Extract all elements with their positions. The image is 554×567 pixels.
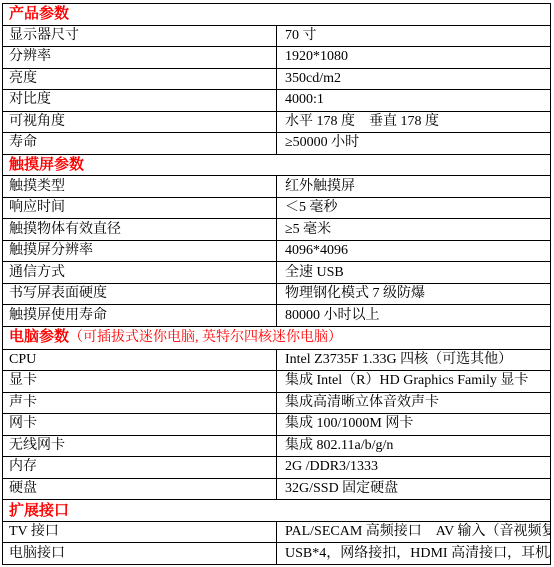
spec-row: 显示器尺寸70 寸: [3, 25, 551, 47]
spec-value: Intel Z3735F 1.33G 四核（可选其他）: [277, 349, 551, 371]
spec-label: 可视角度: [3, 111, 277, 133]
spec-value: 32G/SSD 固定硬盘: [277, 478, 551, 500]
section-title: 扩展接口: [9, 503, 69, 519]
section-header-row: 触摸屏参数: [3, 154, 551, 176]
spec-value: 集成 Intel（R）HD Graphics Family 显卡: [277, 371, 551, 393]
section-header-cell: 产品参数: [3, 4, 551, 26]
spec-label: 触摸屏使用寿命: [3, 305, 277, 327]
spec-value: 70 寸: [277, 25, 551, 47]
spec-label: CPU: [3, 349, 277, 371]
spec-label: 对比度: [3, 90, 277, 112]
spec-row: 寿命≥50000 小时: [3, 133, 551, 155]
spec-value: 集成 802.11a/b/g/n: [277, 435, 551, 457]
section-title-note: （可插拔式迷你电脑, 英特尔四核迷你电脑）: [69, 330, 342, 345]
section-title: 触摸屏参数: [9, 157, 84, 173]
spec-row: 触摸屏分辨率4096*4096: [3, 240, 551, 262]
spec-row: 显卡集成 Intel（R）HD Graphics Family 显卡: [3, 371, 551, 393]
section-header-cell: 电脑参数（可插拔式迷你电脑, 英特尔四核迷你电脑）: [3, 326, 551, 349]
spec-row: 触摸屏使用寿命80000 小时以上: [3, 305, 551, 327]
spec-label: 显卡: [3, 371, 277, 393]
spec-row: TV 接口PAL/SECAM 高频接口 AV 输入（音视频复合）: [3, 521, 551, 543]
section-header-row: 扩展接口: [3, 500, 551, 522]
spec-table: 产品参数显示器尺寸70 寸分辨率1920*1080亮度350cd/m2对比度40…: [2, 3, 551, 565]
spec-value: 集成高清晰立体音效声卡: [277, 392, 551, 414]
spec-row: 书写屏表面硬度物理钢化模式 7 级防爆: [3, 283, 551, 305]
spec-value: 集成 100/1000M 网卡: [277, 414, 551, 436]
spec-label: 书写屏表面硬度: [3, 283, 277, 305]
spec-value: 全速 USB: [277, 262, 551, 284]
section-header-row: 电脑参数（可插拔式迷你电脑, 英特尔四核迷你电脑）: [3, 326, 551, 349]
spec-label: 触摸物体有效直径: [3, 219, 277, 241]
spec-row: 电脑接口USB*4，网络接扣，HDMI 高清接口，耳机/麦克风接口: [3, 543, 551, 565]
spec-row: 触摸物体有效直径≥5 毫米: [3, 219, 551, 241]
spec-label: 寿命: [3, 133, 277, 155]
spec-row: 硬盘32G/SSD 固定硬盘: [3, 478, 551, 500]
spec-value: ≥50000 小时: [277, 133, 551, 155]
section-header-row: 产品参数: [3, 4, 551, 26]
spec-row: 可视角度水平 178 度 垂直 178 度: [3, 111, 551, 133]
spec-value: 2G /DDR3/1333: [277, 457, 551, 479]
spec-value: 350cd/m2: [277, 68, 551, 90]
spec-row: 声卡集成高清晰立体音效声卡: [3, 392, 551, 414]
spec-sheet-page: 产品参数显示器尺寸70 寸分辨率1920*1080亮度350cd/m2对比度40…: [0, 0, 554, 567]
spec-table-body: 产品参数显示器尺寸70 寸分辨率1920*1080亮度350cd/m2对比度40…: [3, 4, 551, 565]
spec-label: 无线网卡: [3, 435, 277, 457]
spec-value: USB*4，网络接扣，HDMI 高清接口，耳机/麦克风接口: [277, 543, 551, 565]
spec-row: 内存2G /DDR3/1333: [3, 457, 551, 479]
spec-label: 分辨率: [3, 47, 277, 69]
section-header-cell: 触摸屏参数: [3, 154, 551, 176]
spec-label: 电脑接口: [3, 543, 277, 565]
spec-value: ＜5 毫秒: [277, 197, 551, 219]
spec-value: 物理钢化模式 7 级防爆: [277, 283, 551, 305]
spec-label: 内存: [3, 457, 277, 479]
spec-row: 通信方式全速 USB: [3, 262, 551, 284]
spec-row: 响应时间＜5 毫秒: [3, 197, 551, 219]
spec-label: 触摸类型: [3, 176, 277, 198]
spec-value: 4096*4096: [277, 240, 551, 262]
spec-value: 80000 小时以上: [277, 305, 551, 327]
spec-label: 响应时间: [3, 197, 277, 219]
section-title: 电脑参数: [9, 329, 69, 345]
section-header-cell: 扩展接口: [3, 500, 551, 522]
spec-value: 水平 178 度 垂直 178 度: [277, 111, 551, 133]
spec-row: 无线网卡集成 802.11a/b/g/n: [3, 435, 551, 457]
spec-value: 红外触摸屏: [277, 176, 551, 198]
spec-row: 网卡集成 100/1000M 网卡: [3, 414, 551, 436]
spec-row: 触摸类型红外触摸屏: [3, 176, 551, 198]
spec-value: PAL/SECAM 高频接口 AV 输入（音视频复合）: [277, 521, 551, 543]
spec-value: 4000:1: [277, 90, 551, 112]
spec-label: 网卡: [3, 414, 277, 436]
spec-label: 硬盘: [3, 478, 277, 500]
spec-row: 亮度350cd/m2: [3, 68, 551, 90]
spec-value: 1920*1080: [277, 47, 551, 69]
spec-row: 分辨率1920*1080: [3, 47, 551, 69]
spec-value: ≥5 毫米: [277, 219, 551, 241]
spec-label: 显示器尺寸: [3, 25, 277, 47]
spec-label: 通信方式: [3, 262, 277, 284]
spec-row: CPUIntel Z3735F 1.33G 四核（可选其他）: [3, 349, 551, 371]
spec-label: 亮度: [3, 68, 277, 90]
spec-row: 对比度4000:1: [3, 90, 551, 112]
spec-label: 声卡: [3, 392, 277, 414]
spec-label: 触摸屏分辨率: [3, 240, 277, 262]
section-title: 产品参数: [9, 6, 69, 22]
spec-label: TV 接口: [3, 521, 277, 543]
